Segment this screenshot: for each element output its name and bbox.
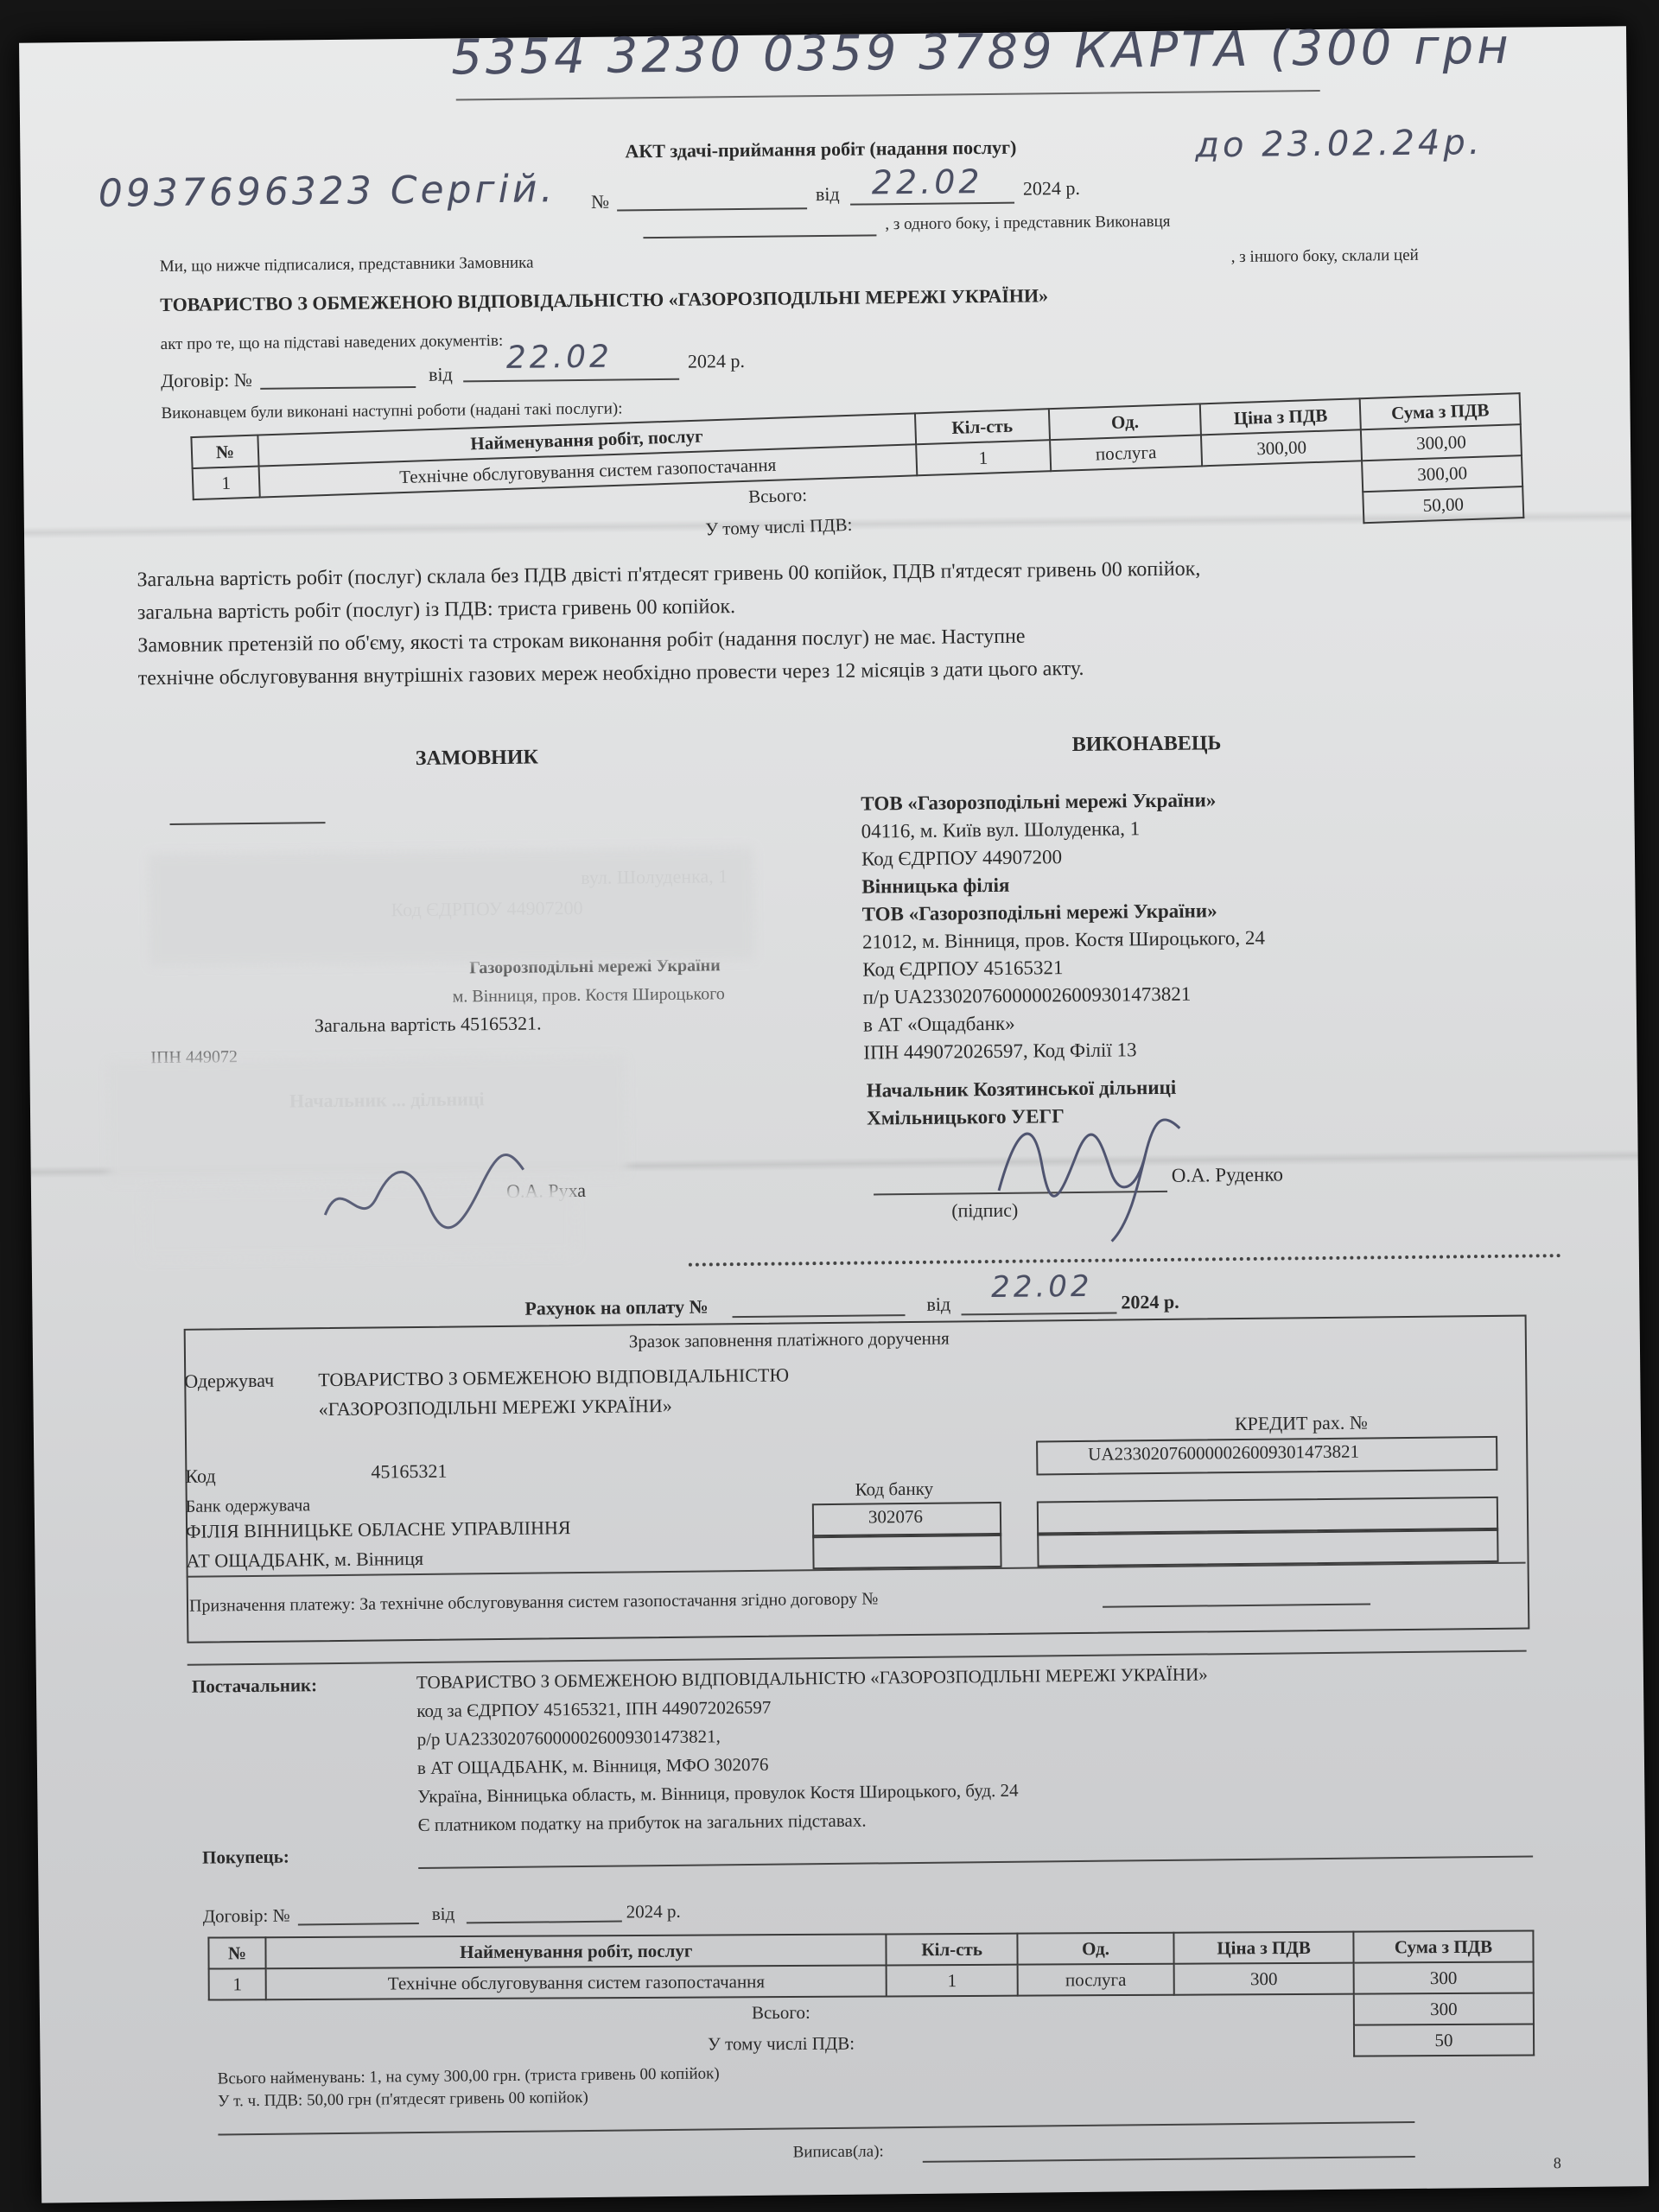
buyer-label: Покупець: <box>202 1847 289 1869</box>
act-number-field <box>617 207 807 211</box>
executor-detail-line: п/р UA233020760000026009301473821 <box>863 983 1192 1009</box>
executor-signature-icon <box>981 1093 1207 1251</box>
invoice-summary-1: Всього найменувань: 1, на суму 300,00 гр… <box>218 2064 720 2088</box>
invoice-contract-from: від <box>432 1904 455 1925</box>
supplier-detail-line: Є платником податку на прибуток на загал… <box>418 1810 867 1836</box>
customer-fragment: м. Вінниця, пров. Костя Широцького <box>453 984 725 1007</box>
executor-detail-line: в АТ «Ощадбанк» <box>863 1013 1015 1037</box>
bank-line-1: ФІЛІЯ ВІННИЦЬКЕ ОБЛАСНЕ УПРАВЛІННЯ <box>186 1516 571 1543</box>
bank-extra-box-2 <box>1037 1528 1498 1567</box>
payment-sample-title: Зразок заповнення платіжного доручення <box>629 1328 950 1353</box>
underline <box>456 90 1320 100</box>
customer-fragment: Загальна вартість 45165321. <box>315 1012 542 1037</box>
col-price: Ціна з ПДВ <box>1200 398 1361 435</box>
customer-rep-field <box>643 234 876 238</box>
customer-heading: ЗАМОВНИК <box>416 746 538 770</box>
buyer-field <box>418 1856 1533 1870</box>
act-date-field <box>850 202 1014 206</box>
handwritten-card-note: 5354 3230 0359 3789 КАРТА (300 грн <box>451 19 1512 86</box>
works-intro: Виконавцем були виконані наступні роботи… <box>161 399 622 423</box>
page-mark: 8 <box>1554 2154 1561 2172</box>
executor-detail-line: ІПН 449072026597, Код Філії 13 <box>863 1039 1136 1064</box>
intro-line-2-tail: , з іншого боку, склали цей <box>1231 246 1419 267</box>
act-title: АКТ здачі-приймання робіт (надання послу… <box>625 137 1016 163</box>
bank-line-2: АТ ОЩАДБАНК, м. Вінниця <box>186 1548 423 1573</box>
contract-year: 2024 р. <box>688 350 745 373</box>
code-value: 45165321 <box>371 1460 447 1484</box>
invoice-contract-number-field <box>298 1923 419 1925</box>
issued-label: Виписав(ла): <box>793 2142 884 2162</box>
intro-line-3: акт про те, що на підставі наведених док… <box>161 332 504 354</box>
col-number: № <box>191 435 258 469</box>
handwritten-invoice-date: 22.02 <box>991 1269 1093 1305</box>
intro-line-1-right: , з одного боку, і представник Виконавця <box>885 213 1170 234</box>
invoice-year: 2024 р. <box>1121 1291 1179 1314</box>
executor-detail-line: ТОВ «Газорозподільні мережі України» <box>861 789 1216 815</box>
supplier-detail-line: р/р UA233020760000026009301473821, <box>417 1726 721 1751</box>
document-page: 5354 3230 0359 3789 КАРТА (300 грн 09376… <box>19 26 1649 2202</box>
recipient-label: Одержувач <box>184 1370 274 1393</box>
supplier-label: Постачальник: <box>192 1675 317 1698</box>
recipient-line-2: «ГАЗОРОЗПОДІЛЬНІ МЕРЕЖІ УКРАЇНИ» <box>318 1395 671 1421</box>
act-date-label: від <box>816 183 840 206</box>
divider <box>218 2121 1414 2136</box>
code-label: Код <box>185 1465 215 1487</box>
bank-code-value: 302076 <box>868 1506 923 1529</box>
issued-field <box>923 2156 1415 2163</box>
executor-detail-line: Код ЄДРПОУ 45165321 <box>862 957 1063 981</box>
vat-row: У тому числі ПДВ: 50 <box>209 2024 1534 2063</box>
invoice-contract-year: 2024 р. <box>626 1901 681 1923</box>
redaction-blur <box>149 848 754 966</box>
col-sum: Сума з ПДВ <box>1360 393 1521 429</box>
contract-date-field <box>463 378 679 383</box>
invoice-works-table: № Найменування робіт, послуг Кіл-сть Од.… <box>207 1930 1535 2063</box>
customer-signature-icon <box>315 1135 541 1241</box>
customer-line <box>170 822 326 825</box>
credit-label: КРЕДИТ рах. № <box>1235 1411 1368 1435</box>
act-year: 2024 р. <box>1023 177 1080 200</box>
col-qty: Кіл-сть <box>915 409 1050 444</box>
supplier-detail-line: ТОВАРИСТВО З ОБМЕЖЕНОЮ ВІДПОВІДАЛЬНІСТЮ … <box>416 1663 1208 1694</box>
intro-line-1: Ми, що нижче підписалися, представники З… <box>160 254 534 277</box>
divider <box>188 1650 1527 1666</box>
intro-company: ТОВАРИСТВО З ОБМЕЖЕНОЮ ВІДПОВІДАЛЬНІСТЮ … <box>160 284 1048 316</box>
col-unit: Од. <box>1049 404 1202 440</box>
handwritten-act-date: 22.02 <box>872 162 983 201</box>
contract-from-label: від <box>429 364 453 386</box>
invoice-date-field <box>962 1313 1117 1316</box>
credit-account: UA233020760000026009301473821 <box>1088 1441 1359 1465</box>
cut-line <box>689 1254 1561 1267</box>
bank-label: Банк одержувача <box>186 1496 311 1517</box>
supplier-detail-line: в АТ ОЩАДБАНК, м. Вінниця, МФО 302076 <box>417 1754 769 1779</box>
executor-detail-line: ТОВ «Газорозподільні мережі України» <box>862 899 1217 925</box>
summary-line-3: Замовник претензій по об'єму, якості та … <box>137 626 1025 658</box>
supplier-detail-line: код за ЄДРПОУ 45165321, ІПН 449072026597 <box>416 1697 771 1722</box>
executor-heading: ВИКОНАВЕЦЬ <box>1071 732 1221 757</box>
invoice-number-field <box>733 1314 906 1318</box>
handwritten-deadline-note: до 23.02.24р. <box>1195 123 1484 165</box>
handwritten-contract-date: 22.02 <box>506 340 613 376</box>
executor-detail-line: Вінницька філія <box>861 874 1009 899</box>
handwritten-phone-note: 0937696323 Сергій. <box>99 167 556 216</box>
invoice-contract-date-field <box>467 1921 622 1924</box>
supplier-detail-line: Україна, Вінницька область, м. Вінниця, … <box>417 1780 1019 1808</box>
summary-line-2: загальна вартість робіт (послуг) із ПДВ:… <box>137 595 735 625</box>
executor-detail-line: Код ЄДРПОУ 44907200 <box>861 846 1062 870</box>
executor-detail-line: 04116, м. Київ вул. Шолуденка, 1 <box>861 817 1141 842</box>
bank-code-label: Код банку <box>855 1478 934 1501</box>
summary-line-1: Загальна вартість робіт (послуг) склала … <box>137 557 1200 592</box>
executor-detail-line: 21012, м. Вінниця, пров. Костя Широцьког… <box>862 927 1265 954</box>
contract-label: Договір: № <box>161 369 252 392</box>
summary-line-4: технічне обслуговування внутрішніх газов… <box>138 658 1084 690</box>
invoice-contract-label: Договір: № <box>203 1905 290 1928</box>
invoice-title: Рахунок на оплату № <box>524 1295 708 1319</box>
invoice-date-label: від <box>926 1294 950 1316</box>
bank-code-box-2 <box>812 1533 1001 1569</box>
act-number-label: № <box>591 191 609 213</box>
invoice-summary-2: У т. ч. ПДВ: 50,00 грн (п'ятдесят гривен… <box>218 2088 588 2111</box>
contract-number-field <box>260 386 416 390</box>
